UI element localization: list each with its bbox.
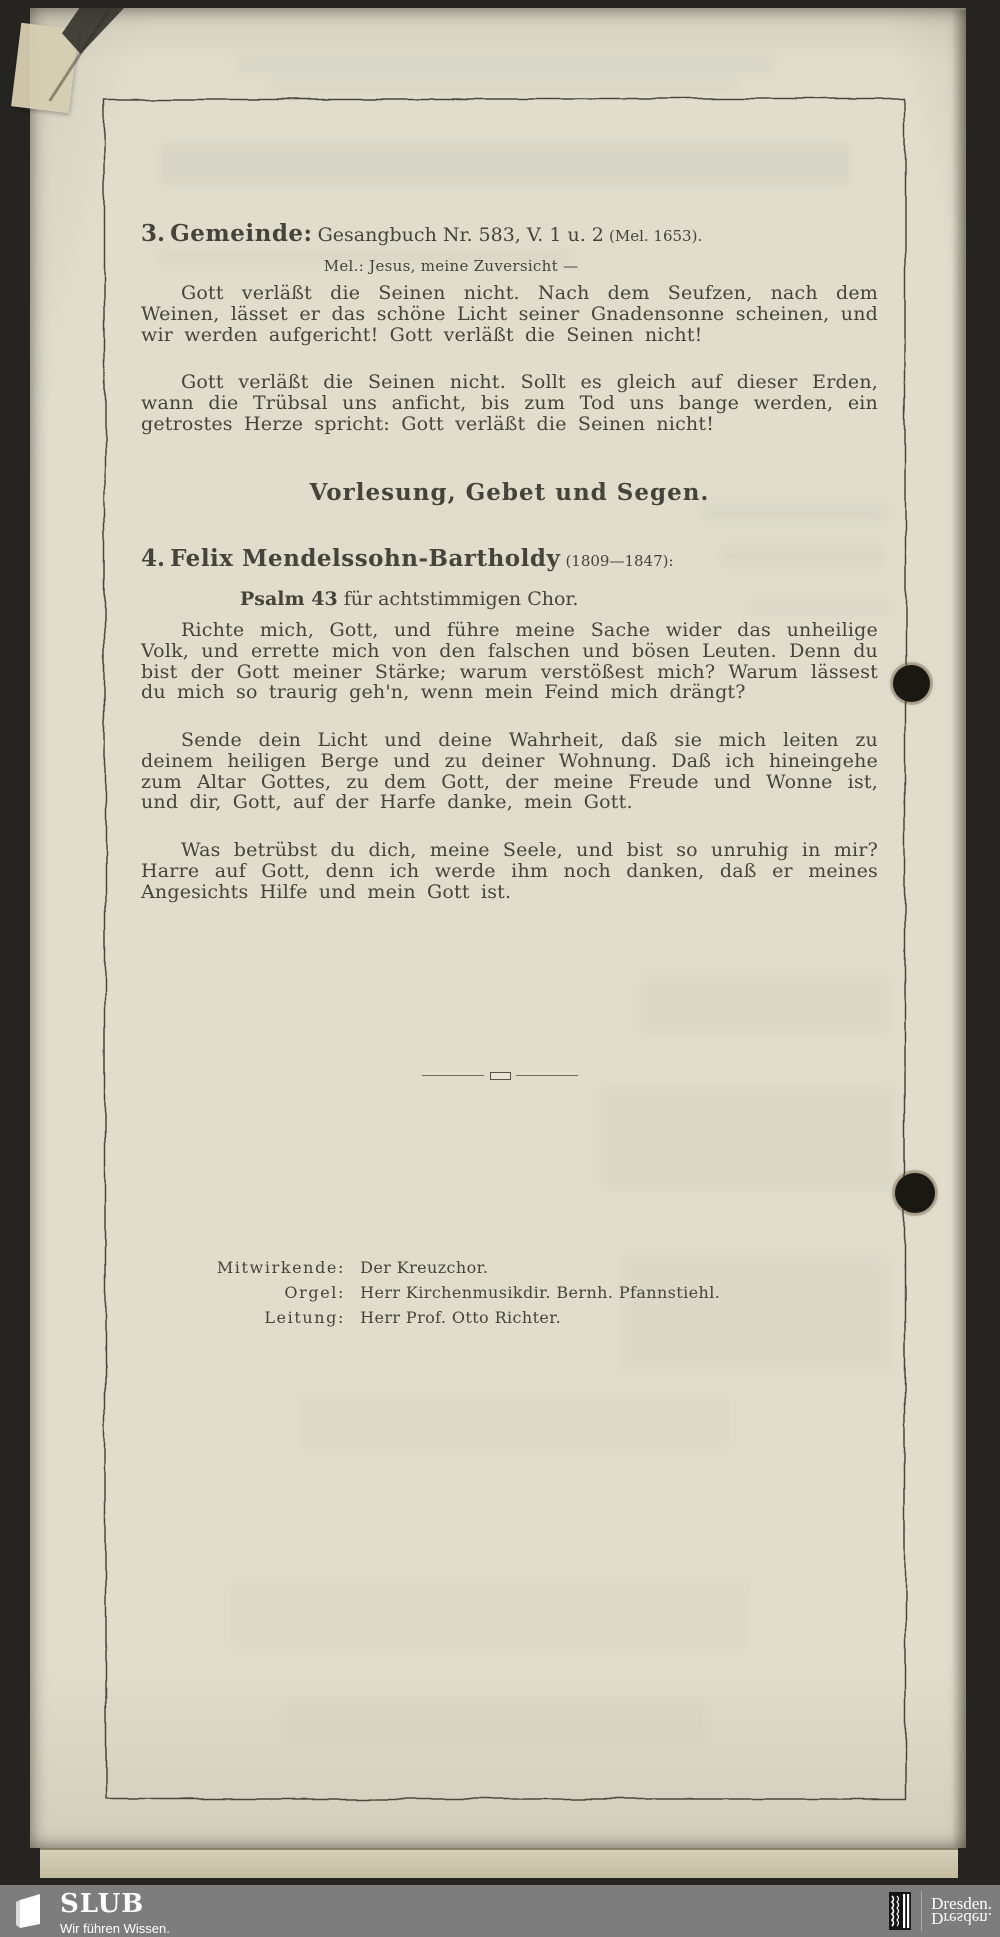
section-ornament — [422, 1071, 578, 1080]
dresden-coat-of-arms-icon — [888, 1891, 912, 1931]
ornament-rectangle — [490, 1072, 511, 1080]
credit-row-orgel: Orgel: Herr Kirchenmusikdir. Bernh. Pfan… — [155, 1283, 795, 1302]
composer-name: Felix Mendelssohn-Bartholdy — [170, 545, 560, 572]
bleedthrough-smudge — [280, 1700, 710, 1745]
work-title: Psalm 43 — [240, 588, 338, 610]
credit-row-leitung: Leitung: Herr Prof. Otto Richter. — [155, 1308, 795, 1327]
punch-hole — [895, 1173, 935, 1213]
bleedthrough-smudge — [230, 1580, 750, 1650]
slub-tagline: Wir führen Wissen. — [60, 1921, 170, 1936]
psalm-paragraph-1: Richte mich, Gott, und führe meine Sache… — [141, 620, 878, 703]
item-number: 4. — [141, 545, 165, 572]
dresden-logo-block: Dresden. Dresden. — [888, 1890, 992, 1932]
interlude-heading: Vorlesung, Gebet und Segen. — [141, 479, 878, 506]
program-item-3-heading: 3. Gemeinde: Gesangbuch Nr. 583, V. 1 u.… — [141, 220, 878, 247]
hymn-verse-2: Gott verläßt die Seinen nicht. Sollt es … — [141, 372, 878, 434]
credit-row-mitwirkende: Mitwirkende: Der Kreuzchor. — [155, 1258, 795, 1277]
hymn-verse-1: Gott verläßt die Seinen nicht. Nach dem … — [141, 283, 878, 345]
dresden-wordmark-block: Dresden. Dresden. — [931, 1896, 992, 1926]
bleedthrough-smudge — [270, 80, 740, 93]
psalm-paragraph-2: Sende dein Licht und deine Wahrheit, daß… — [141, 730, 878, 813]
bleedthrough-smudge — [600, 1085, 895, 1190]
bleedthrough-smudge — [235, 58, 775, 73]
credit-label: Leitung: — [155, 1308, 345, 1327]
slub-text-block: SLUB Wir führen Wissen. — [60, 1891, 170, 1936]
bleedthrough-smudge — [700, 505, 890, 520]
bleedthrough-smudge — [745, 600, 895, 614]
work-subtitle: Psalm 43 für achtstimmigen Chor. — [240, 588, 578, 610]
credit-label: Orgel: — [155, 1283, 345, 1302]
screenshot-root: 3. Gemeinde: Gesangbuch Nr. 583, V. 1 u.… — [0, 0, 1000, 1937]
item-number: 3. — [141, 220, 165, 247]
ornament-line-left — [422, 1075, 484, 1076]
punch-hole — [893, 665, 930, 702]
credit-label: Mitwirkende: — [155, 1258, 345, 1277]
melody-reference: (Mel. 1653). — [609, 227, 702, 245]
slub-logo-block: SLUB Wir führen Wissen. — [14, 1891, 170, 1936]
library-footer-bar: SLUB Wir führen Wissen. Dresden. Dresden… — [0, 1885, 1000, 1937]
bleedthrough-smudge — [640, 975, 890, 1035]
dresden-wordmark-mirrored: Dresden. — [931, 1911, 992, 1926]
melody-line: Mel.: Jesus, meine Zuversicht — — [141, 257, 761, 275]
slub-wordmark: SLUB — [60, 1891, 170, 1917]
bleedthrough-smudge — [160, 143, 850, 185]
footer-separator — [921, 1891, 922, 1931]
composer-dates: (1809—1847): — [565, 552, 673, 570]
bleedthrough-smudge — [300, 1395, 730, 1450]
credit-value: Der Kreuzchor. — [360, 1258, 488, 1277]
item-detail: Gesangbuch Nr. 583, V. 1 u. 2 — [318, 224, 604, 246]
slub-book-icon — [14, 1893, 48, 1929]
ornament-line-right — [516, 1075, 578, 1076]
credit-value: Herr Kirchenmusikdir. Bernh. Pfannstiehl… — [360, 1283, 720, 1302]
program-item-4-heading: 4. Felix Mendelssohn-Bartholdy (1809—184… — [141, 545, 878, 572]
credit-value: Herr Prof. Otto Richter. — [360, 1308, 561, 1327]
psalm-paragraph-3: Was betrübst du dich, meine Seele, und b… — [141, 840, 878, 902]
work-subtitle-rest: für achtstimmigen Chor. — [338, 588, 579, 610]
item-title: Gemeinde: — [170, 220, 312, 247]
